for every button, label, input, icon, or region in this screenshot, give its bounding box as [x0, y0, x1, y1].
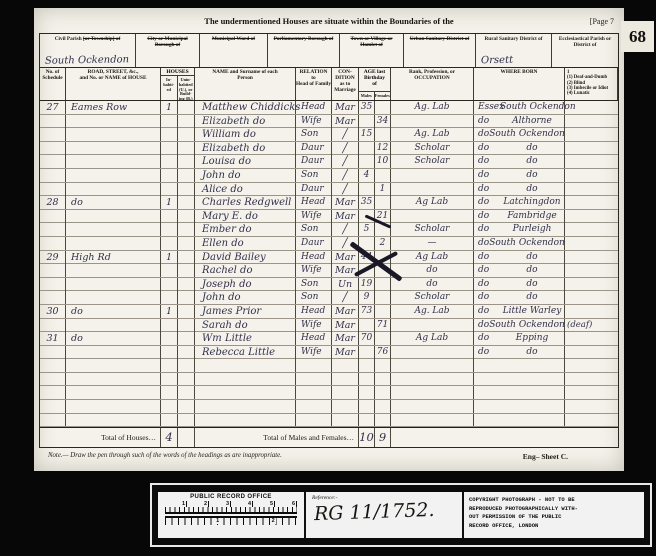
cell-road [66, 128, 161, 141]
cell-occupation: Ag. Lab [391, 128, 474, 141]
cell-age_m: 9 [359, 291, 375, 304]
page-footer: Note.— Draw the pen through such of the … [48, 452, 614, 461]
cell-occupation: Scholar [391, 223, 474, 236]
empty-cell [391, 428, 618, 447]
district-cell-6: Rural Sanitary District ofOrsett [476, 34, 552, 67]
cell-condition: ╱ [332, 291, 359, 304]
cell-born: dodo [474, 291, 565, 304]
cell-road: High Rd [66, 251, 161, 264]
table-header-row: No. of Schedule ROAD, STREET, &c., and N… [40, 68, 618, 101]
cell-schedule [40, 319, 66, 332]
cell-age_m: 70 [359, 332, 375, 345]
cell-name: John do [195, 291, 296, 304]
cell-born-county: do [474, 128, 489, 141]
cell-uninhabited [178, 210, 195, 223]
empty-cell [296, 373, 332, 386]
cell-occupation: do [391, 278, 474, 291]
cell-age_m: 15 [359, 128, 375, 141]
table-row: Ellen doDaur╱2—doSouth Ockendon [40, 237, 618, 251]
cell-age_f [375, 101, 391, 114]
table-row: Sarah doWifeMar71doSouth Ockendon(deaf) [40, 319, 618, 333]
cell-road [66, 264, 161, 277]
cell-name: Louisa do [195, 155, 296, 168]
empty-cell [359, 414, 375, 427]
ruler-ticks-icon [165, 507, 297, 514]
total-males-value: 10 [359, 428, 375, 447]
cell-occupation [391, 115, 474, 128]
cell-name: Rebecca Little [195, 346, 296, 359]
cell-schedule: 29 [40, 251, 66, 264]
cell-schedule: 27 [40, 101, 66, 114]
col-header-disabilities: 1 (1) Deaf-and-Dumb (2) Blind (3) Imbeci… [565, 68, 618, 100]
ruler-number: 3 [209, 501, 231, 507]
empty-cell [161, 373, 178, 386]
table-row: 31doWm LittleHeadMar70Ag LabdoEpping [40, 332, 618, 346]
cell-occupation [391, 319, 474, 332]
cell-born-place: do [500, 183, 564, 196]
cell-relation: Wife [296, 346, 332, 359]
col-header-condition: CON- DITION as to Marriage [332, 68, 359, 100]
cell-road: do [66, 332, 161, 345]
cell-occupation [391, 169, 474, 182]
pro-stamp: PUBLIC RECORD OFFICE 123456 1 2 Referenc… [150, 483, 652, 547]
cell-relation: Wife [296, 210, 332, 223]
cell-notes [565, 346, 618, 359]
cell-inhabited [161, 278, 178, 291]
cell-occupation: — [391, 237, 474, 250]
empty-cell [161, 359, 178, 372]
cell-born: dodo [474, 278, 565, 291]
cell-schedule [40, 115, 66, 128]
table-row: John doSon╱4dodo [40, 169, 618, 183]
ruler-number: 1 [165, 501, 187, 507]
col-header-males: Males [359, 92, 375, 100]
cell-road: do [66, 196, 161, 209]
cell-uninhabited [178, 155, 195, 168]
cell-inhabited [161, 169, 178, 182]
col-header-relation: RELATION to Head of Family [296, 68, 332, 100]
cell-age_m [359, 155, 375, 168]
cell-inhabited [161, 142, 178, 155]
cell-notes [565, 305, 618, 318]
cell-notes [565, 264, 618, 277]
cell-schedule [40, 142, 66, 155]
empty-cell [332, 386, 359, 399]
cell-notes [565, 196, 618, 209]
table-row: Elizabeth doDaur╱12Scholardodo [40, 142, 618, 156]
empty-cell [161, 400, 178, 413]
table-row: John doSon╱9Scholardodo [40, 291, 618, 305]
empty-cell [391, 414, 474, 427]
cell-born-county: do [474, 210, 500, 223]
cell-condition: Mar [332, 346, 359, 359]
cell-name: Matthew Chiddicks [195, 101, 296, 114]
cell-inhabited [161, 319, 178, 332]
cell-born-county: do [474, 169, 500, 182]
empty-cell [391, 400, 474, 413]
cell-road [66, 183, 161, 196]
cell-condition: Mar [332, 264, 359, 277]
cell-inhabited: 1 [161, 101, 178, 114]
cell-road: Eames Row [66, 101, 161, 114]
cell-uninhabited [178, 223, 195, 236]
cell-born-county: do [474, 237, 489, 250]
col-header-inhabited: In- habit- ed [161, 76, 178, 100]
cell-age_m [359, 142, 375, 155]
empty-cell [565, 386, 618, 399]
cell-born-place: do [500, 291, 564, 304]
table-row: Rebecca LittleWifeMar76dodo [40, 346, 618, 360]
cell-occupation: do [391, 264, 474, 277]
cell-occupation: Scholar [391, 142, 474, 155]
cell-schedule [40, 278, 66, 291]
cell-notes [565, 128, 618, 141]
cell-born-place: do [500, 251, 564, 264]
totals-row: Total of Houses… 4 Total of Males and Fe… [40, 427, 618, 447]
col-header-age: AGE last Birthday of Males Females [359, 68, 391, 100]
cell-condition: ╱ [332, 223, 359, 236]
sheet-label: Eng– Sheet C. [523, 452, 568, 461]
empty-cell [161, 386, 178, 399]
cell-age_f: 1 [375, 183, 391, 196]
empty-cell [40, 373, 66, 386]
cell-born: doFambridge [474, 210, 565, 223]
cell-born: doLatchingdon [474, 196, 565, 209]
cell-uninhabited [178, 128, 195, 141]
empty-row [40, 386, 618, 400]
empty-cell [40, 414, 66, 427]
district-label-struck: City or Municipal Borough of [147, 36, 188, 48]
cell-condition: Mar [332, 319, 359, 332]
cell-born-county: Essex [474, 101, 500, 114]
pro-ruler-box: PUBLIC RECORD OFFICE 123456 1 2 [158, 492, 306, 538]
cell-condition: Mar [332, 101, 359, 114]
cell-occupation: Scholar [391, 291, 474, 304]
cell-born: dodo [474, 346, 565, 359]
cell-age_m [359, 319, 375, 332]
cell-occupation: Ag Lab [391, 251, 474, 264]
cell-uninhabited [178, 196, 195, 209]
total-houses-value: 4 [161, 428, 178, 447]
district-cell-0: Civil Parish [or Township] ofSouth Ocken… [40, 34, 136, 67]
cell-born: doLittle Warley [474, 305, 565, 318]
cell-born-place: Fambridge [500, 210, 564, 223]
cell-age_f [375, 305, 391, 318]
cell-name: John do [195, 169, 296, 182]
ruler-lower-icon: 1 2 [165, 516, 297, 525]
col-header-houses: HOUSES In- habit- ed Unin- habited (U.),… [161, 68, 195, 100]
empty-cell [195, 414, 296, 427]
cell-age_m: 73 [359, 305, 375, 318]
cell-age_m [359, 264, 375, 277]
page-number-label: [Page 7 [590, 17, 614, 26]
cell-condition: Mar [332, 251, 359, 264]
houses-label: HOUSES [161, 68, 194, 76]
cell-schedule: 28 [40, 196, 66, 209]
cell-relation: Head [296, 332, 332, 345]
total-houses-label: Total of Houses… [40, 428, 161, 447]
cell-born-place: do [500, 142, 564, 155]
cell-notes [565, 291, 618, 304]
empty-row [40, 359, 618, 373]
cell-occupation [391, 210, 474, 223]
table-row: 27Eames Row1Matthew ChiddicksHeadMar35Ag… [40, 101, 618, 115]
cell-relation: Head [296, 251, 332, 264]
reference-box: Reference:- RG 11/1752. [306, 492, 464, 538]
cell-notes [565, 210, 618, 223]
cell-born-county: do [474, 142, 500, 155]
cell-born-county: do [474, 346, 500, 359]
cell-born: dodo [474, 169, 565, 182]
empty-cell [296, 359, 332, 372]
table-row: Ember doSon╱5ScholardoPurleigh [40, 223, 618, 237]
cell-born-place: South Ockendon [489, 319, 565, 332]
empty-cell [565, 414, 618, 427]
cell-condition: Un [332, 278, 359, 291]
cell-born: doPurleigh [474, 223, 565, 236]
cell-uninhabited [178, 101, 195, 114]
cell-relation: Head [296, 305, 332, 318]
cell-born-county: do [474, 319, 489, 332]
empty-cell [66, 386, 161, 399]
cell-born-place: Little Warley [500, 305, 564, 318]
empty-cell [195, 359, 296, 372]
empty-cell [40, 359, 66, 372]
cell-born-place: do [500, 346, 564, 359]
empty-cell [375, 400, 391, 413]
cell-age_f: 76 [375, 346, 391, 359]
cell-notes [565, 251, 618, 264]
cell-name: Elizabeth do [195, 115, 296, 128]
cell-inhabited: 1 [161, 196, 178, 209]
table-row: 30do1James PriorHeadMar73Ag. LabdoLittle… [40, 305, 618, 319]
district-cell-1: City or Municipal Borough of [136, 34, 200, 67]
cell-relation: Wife [296, 264, 332, 277]
cell-born: doAlthorne [474, 115, 565, 128]
cell-notes [565, 332, 618, 345]
district-value: South Ockendon [45, 54, 129, 66]
col-header-schedule: No. of Schedule [40, 68, 66, 100]
form-title: The undermentioned Houses are situate wi… [34, 16, 624, 26]
cell-born-county: do [474, 278, 500, 291]
empty-cell [178, 386, 195, 399]
cell-notes [565, 237, 618, 250]
total-persons-label: Total of Males and Females… [195, 428, 359, 447]
cell-age_m [359, 237, 375, 250]
cell-born-place: South Ockendon [489, 237, 565, 250]
cell-age_m: 44 [359, 251, 375, 264]
cell-born-place: Purleigh [500, 223, 564, 236]
table-row: 28do1Charles RedgwellHeadMar35Ag LabdoLa… [40, 196, 618, 210]
cell-notes: (deaf) [565, 319, 618, 332]
cell-condition: ╱ [332, 155, 359, 168]
scan-background: The undermentioned Houses are situate wi… [0, 0, 656, 556]
district-label-struck: Parliamentary Borough of [274, 36, 334, 42]
cell-age_f: 12 [375, 142, 391, 155]
ruler-number: 4 [231, 501, 253, 507]
empty-cell [359, 400, 375, 413]
cell-condition: ╱ [332, 142, 359, 155]
total-females-value: 9 [375, 428, 391, 447]
cell-condition: Mar [332, 305, 359, 318]
cell-inhabited [161, 291, 178, 304]
col-header-road: ROAD, STREET, &c., and No. or NAME of HO… [66, 68, 161, 100]
cell-condition: Mar [332, 115, 359, 128]
cell-relation: Head [296, 101, 332, 114]
cell-schedule [40, 183, 66, 196]
ruler-number: 6 [275, 501, 297, 507]
cell-inhabited [161, 183, 178, 196]
cell-occupation: Ag Lab [391, 332, 474, 345]
cell-uninhabited [178, 346, 195, 359]
district-value: Orsett [481, 55, 513, 67]
cell-inhabited [161, 264, 178, 277]
cell-born: doSouth Ockendon [474, 237, 565, 250]
cell-relation: Son [296, 291, 332, 304]
cell-uninhabited [178, 291, 195, 304]
cell-born-place: do [500, 278, 564, 291]
cell-born-county: do [474, 223, 500, 236]
district-label-struck: Town or Village or Hamlet of [351, 36, 393, 48]
empty-cell [178, 414, 195, 427]
footnote: Note.— Draw the pen through such of the … [48, 452, 282, 461]
empty-cell [474, 373, 565, 386]
empty-cell [474, 414, 565, 427]
cell-uninhabited [178, 115, 195, 128]
cell-occupation [391, 183, 474, 196]
cell-age_f [375, 278, 391, 291]
district-cell-3: Parliamentary Borough of [268, 34, 340, 67]
cell-born-county: do [474, 251, 500, 264]
cell-born-county: do [474, 115, 500, 128]
empty-cell [565, 373, 618, 386]
cell-inhabited [161, 346, 178, 359]
cell-inhabited: 1 [161, 305, 178, 318]
empty-cell [296, 400, 332, 413]
cell-name: David Bailey [195, 251, 296, 264]
cell-age_f [375, 291, 391, 304]
cell-condition: ╱ [332, 169, 359, 182]
district-label: Rural Sanitary District of [484, 36, 542, 42]
cell-born-county: do [474, 155, 500, 168]
empty-cell [375, 414, 391, 427]
cell-age_f: 71 [375, 319, 391, 332]
empty-cell [391, 359, 474, 372]
cell-born-county: do [474, 183, 500, 196]
cell-born: dodo [474, 264, 565, 277]
cell-uninhabited [178, 251, 195, 264]
cell-born-county: do [474, 264, 500, 277]
cell-born: doEpping [474, 332, 565, 345]
cell-born-county: do [474, 196, 500, 209]
empty-cell [359, 359, 375, 372]
cell-relation: Son [296, 128, 332, 141]
cell-road [66, 291, 161, 304]
empty-cell [332, 359, 359, 372]
table-body: 27Eames Row1Matthew ChiddicksHeadMar35Ag… [40, 101, 618, 427]
cell-born-place: Althorne [500, 115, 564, 128]
cell-inhabited [161, 223, 178, 236]
col-header-name: NAME and Surname of each Person [195, 68, 296, 100]
age-label: AGE last Birthday of [359, 68, 390, 92]
cell-relation: Son [296, 223, 332, 236]
cell-uninhabited [178, 305, 195, 318]
cell-age_f: 2 [375, 237, 391, 250]
empty-cell [195, 386, 296, 399]
cell-condition: Mar [332, 210, 359, 223]
empty-row [40, 414, 618, 428]
cell-born-county: do [474, 305, 500, 318]
ruler-number: 5 [253, 501, 275, 507]
cell-schedule [40, 128, 66, 141]
cell-condition: Mar [332, 332, 359, 345]
cell-age_m [359, 183, 375, 196]
table-row: Alice doDaur╱1dodo [40, 183, 618, 197]
cell-relation: Daur [296, 183, 332, 196]
table-row: Rachel doWifeMardododo [40, 264, 618, 278]
cell-inhabited [161, 115, 178, 128]
cell-age_f [375, 264, 391, 277]
ruler-lower-2: 2 [271, 518, 276, 524]
empty-cell [296, 414, 332, 427]
cell-relation: Wife [296, 115, 332, 128]
cell-born: doSouth Ockendon [474, 319, 565, 332]
empty-cell [391, 373, 474, 386]
cell-schedule [40, 264, 66, 277]
cell-condition: ╱ [332, 128, 359, 141]
ruler-number: 2 [187, 501, 209, 507]
empty-cell [296, 386, 332, 399]
cell-schedule [40, 346, 66, 359]
cell-occupation [391, 346, 474, 359]
empty-cell [66, 400, 161, 413]
cell-age_m: 5 [359, 223, 375, 236]
cell-name: Elizabeth do [195, 142, 296, 155]
cell-uninhabited [178, 278, 195, 291]
col-header-females: Females [375, 92, 391, 100]
table-row: Mary E. doWifeMar21doFambridge [40, 210, 618, 224]
cell-condition: ╱ [332, 237, 359, 250]
reference-label: Reference:- [312, 495, 337, 501]
district-cell-4: Town or Village or Hamlet of [340, 34, 404, 67]
pro-title: PUBLIC RECORD OFFICE [160, 494, 302, 500]
cell-uninhabited [178, 264, 195, 277]
cell-road [66, 115, 161, 128]
cell-notes [565, 169, 618, 182]
empty-cell [66, 414, 161, 427]
cell-born-place: do [500, 264, 564, 277]
census-page: The undermentioned Houses are situate wi… [34, 8, 624, 471]
cell-condition: ╱ [332, 183, 359, 196]
empty-cell [178, 400, 195, 413]
col-header-born: WHERE BORN [474, 68, 565, 100]
copyright-notice: COPYRIGHT PHOTOGRAPH - NOT TO BE REPRODU… [464, 492, 644, 538]
empty-cell [332, 400, 359, 413]
empty-cell [565, 400, 618, 413]
cell-age_f [375, 169, 391, 182]
table-row: Elizabeth doWifeMar34doAlthorne [40, 115, 618, 129]
empty-row [40, 400, 618, 414]
cell-born-place: do [500, 155, 564, 168]
cell-notes [565, 278, 618, 291]
cell-born-place: Latchingdon [500, 196, 564, 209]
empty-cell [391, 386, 474, 399]
empty-cell [40, 400, 66, 413]
cell-age_f: 21 [375, 210, 391, 223]
cell-name: Alice do [195, 183, 296, 196]
empty-cell [40, 386, 66, 399]
cell-uninhabited [178, 319, 195, 332]
